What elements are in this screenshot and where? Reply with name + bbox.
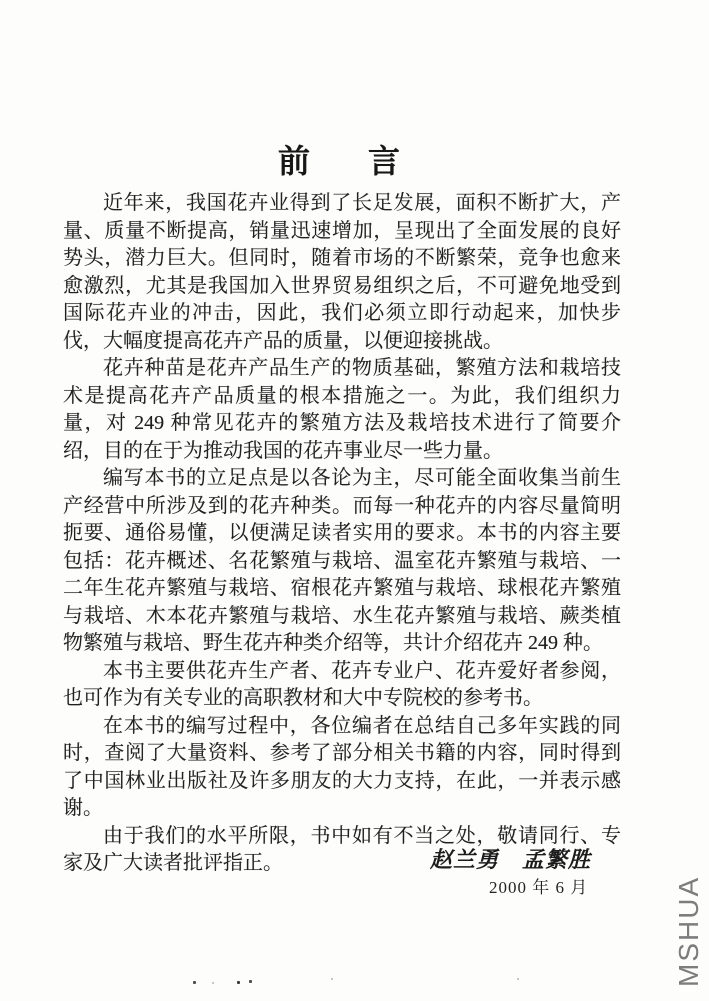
scan-speck: [193, 981, 196, 984]
scan-speck: [517, 978, 519, 980]
scan-speck: [249, 980, 252, 983]
scan-speck: [212, 982, 214, 984]
scanned-preface-page: 前 言 近年来，我国花卉业得到了长足发展，面积不断扩大，产量、质量不断提高，销量…: [0, 0, 709, 1001]
preface-paragraph-4: 本书主要供花卉生产者、花卉专业户、花卉爱好者参阅，也可作为有关专业的高职教材和大…: [63, 658, 621, 713]
author-signature: 赵兰勇 孟繁胜: [430, 843, 591, 874]
preface-paragraph-2: 花卉种苗是花卉产品生产的物质基础，繁殖方法和栽培技术是提高花卉产品质量的根本措施…: [63, 355, 621, 465]
publication-date: 2000 年 6 月: [489, 873, 588, 898]
preface-body: 近年来，我国花卉业得到了长足发展，面积不断扩大，产量、质量不断提高，销量迅速增加…: [63, 190, 621, 878]
preface-paragraph-3: 编写本书的立足点是以各论为主，尽可能全面收集当前生产经营中所涉及到的花卉种类。而…: [63, 465, 621, 658]
watermark-text: MSHUA: [673, 876, 705, 987]
preface-paragraph-5: 在本书的编写过程中，各位编者在总结自己多年实践的同时，查阅了大量资料、参考了部分…: [63, 713, 621, 823]
preface-paragraph-1: 近年来，我国花卉业得到了长足发展，面积不断扩大，产量、质量不断提高，销量迅速增加…: [63, 190, 621, 355]
scan-speck: [331, 978, 333, 980]
page-title: 前 言: [278, 136, 413, 182]
scan-speck: [237, 981, 240, 984]
